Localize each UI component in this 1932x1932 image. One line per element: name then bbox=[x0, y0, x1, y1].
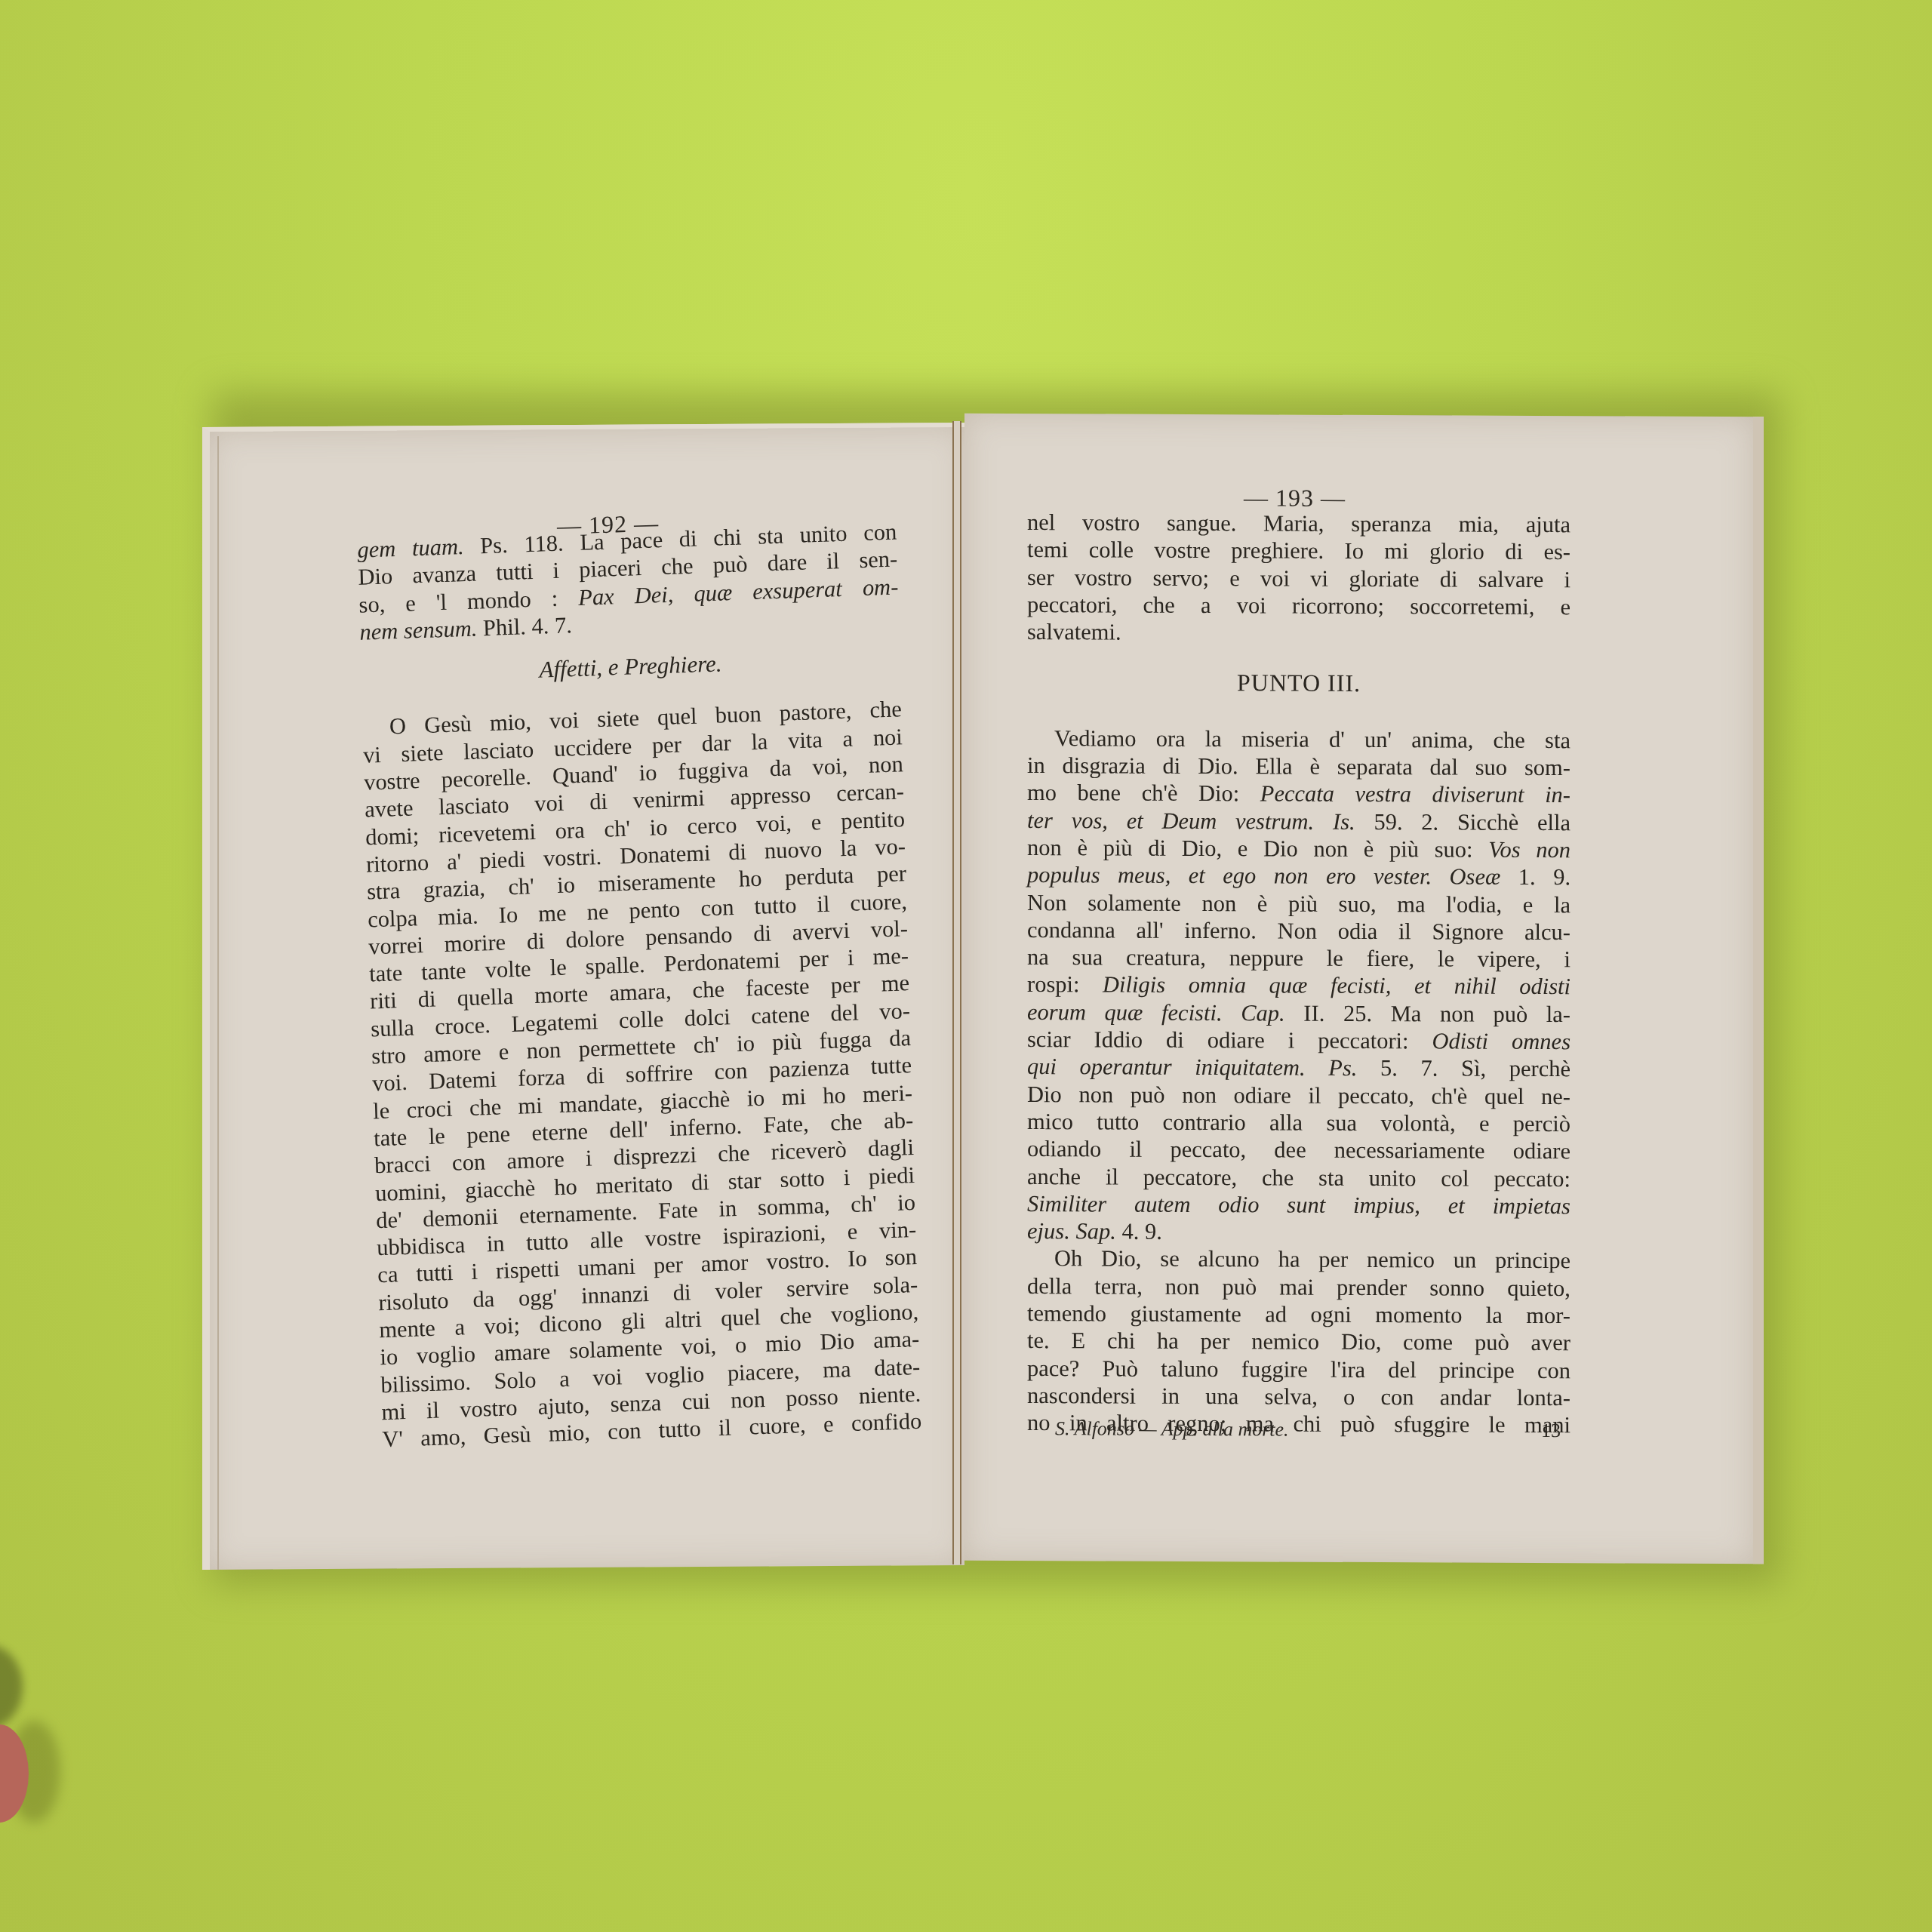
text-line: salvatemi. bbox=[1027, 618, 1571, 648]
text-span: 4. 9. bbox=[1116, 1219, 1162, 1244]
text-span: 1. 9. bbox=[1500, 864, 1571, 890]
text-line: non è più di Dio, e Dio non è più suo: V… bbox=[1027, 834, 1571, 863]
right-page-text: nel vostro sangue. Maria, speranza mia, … bbox=[1027, 509, 1571, 1439]
text-line: pace? Può taluno fuggire l'ira del princ… bbox=[1027, 1355, 1571, 1384]
text-span: II. 25. Ma non può la- bbox=[1285, 1000, 1571, 1027]
text-line: nascondersi in una selva, o con andar lo… bbox=[1027, 1382, 1571, 1411]
latin-quote: Diligis omnia quæ fecisti, et nihil odis… bbox=[1103, 972, 1571, 1000]
latin-quote: Similiter autem odio sunt impius, et imp… bbox=[1027, 1190, 1571, 1220]
latin-quote: ejus. Sap. bbox=[1027, 1218, 1116, 1244]
text-line: ejus. Sap. 4. 9. bbox=[1027, 1217, 1571, 1247]
text-span: Phil. 4. 7. bbox=[477, 612, 572, 641]
section-heading: Affetti, e Preghiere. bbox=[361, 645, 901, 691]
text-span: mo bene ch'è Dio: bbox=[1027, 780, 1260, 806]
text-line: mo bene ch'è Dio: Peccata vestra diviser… bbox=[1027, 779, 1571, 808]
text-line: peccatori, che a voi ricorrono; soccorre… bbox=[1027, 591, 1571, 620]
text-line: temi colle vostre preghiere. Io mi glori… bbox=[1027, 536, 1571, 565]
text-span: rospi: bbox=[1027, 972, 1103, 998]
text-line: na sua creatura, neppure le fiere, le vi… bbox=[1027, 943, 1571, 973]
text-line: Non solamente non è più suo, ma l'odia, … bbox=[1027, 889, 1571, 918]
text-line: in disgrazia di Dio. Ella è separata dal… bbox=[1027, 752, 1571, 781]
latin-quote: qui operantur iniquitatem. Ps. bbox=[1027, 1054, 1357, 1081]
right-page: — 193 — nel vostro sangue. Maria, speran… bbox=[964, 414, 1764, 1564]
latin-quote: Peccata vestra diviserunt in- bbox=[1260, 781, 1571, 808]
text-span: 5. 7. Sì, perchè bbox=[1357, 1055, 1571, 1081]
text-span: non è più di Dio, e Dio non è più suo: bbox=[1027, 835, 1488, 863]
latin-quote: populus meus, et ego non ero vester. Ose… bbox=[1027, 862, 1500, 890]
text-line: ser vostro servo; e voi vi gloriate di s… bbox=[1027, 564, 1571, 593]
text-line: te. E chi ha per nemico Dio, come può av… bbox=[1027, 1327, 1571, 1356]
page-number: — 193 — bbox=[1244, 484, 1346, 512]
text-line: anche il peccatore, che sta unito col pe… bbox=[1027, 1163, 1571, 1192]
text-line: eorum quæ fecisti. Cap. II. 25. Ma non p… bbox=[1027, 998, 1571, 1028]
latin-quote: nem sensum. bbox=[359, 615, 478, 645]
text-line: Dio non può non odiare il peccato, ch'è … bbox=[1027, 1081, 1571, 1110]
text-line: della terra, non può mai prender sonno q… bbox=[1027, 1272, 1571, 1302]
text-line: condanna all' inferno. Non odia il Signo… bbox=[1027, 916, 1571, 946]
latin-quote: Odisti omnes bbox=[1432, 1028, 1571, 1054]
section-heading: PUNTO III. bbox=[1027, 669, 1571, 698]
latin-quote: ter vos, et Deum vestrum. Is. bbox=[1027, 808, 1355, 835]
fingertip-shadow bbox=[0, 1645, 23, 1728]
text-line: qui operantur iniquitatem. Ps. 5. 7. Sì,… bbox=[1027, 1053, 1571, 1082]
book-gutter bbox=[952, 421, 961, 1564]
text-line: ter vos, et Deum vestrum. Is. 59. 2. Sic… bbox=[1027, 807, 1571, 836]
signature-mark: S. Alfonso — App. alla morte. bbox=[1055, 1417, 1289, 1441]
latin-quote: gem tuam. bbox=[357, 534, 464, 563]
text-line: temendo giustamente ad ogni momento la m… bbox=[1027, 1300, 1571, 1329]
sheet-number: 13 bbox=[1541, 1420, 1561, 1442]
left-page-text: gem tuam. Ps. 118. La pace di chi sta un… bbox=[357, 518, 922, 1454]
text-span: 59. 2. Sicchè ella bbox=[1355, 809, 1571, 835]
text-line: odiando il peccato, dee necessariamente … bbox=[1027, 1135, 1571, 1164]
text-span: sciar Iddio di odiare i peccatori: bbox=[1027, 1026, 1432, 1054]
text-line: populus meus, et ego non ero vester. Ose… bbox=[1027, 861, 1571, 891]
text-line: rospi: Diligis omnia quæ fecisti, et nih… bbox=[1027, 971, 1571, 1001]
left-page: — 192 — gem tuam. Ps. 118. La pace di ch… bbox=[202, 423, 964, 1570]
text-line: Vediamo ora la miseria d' un' anima, che… bbox=[1027, 724, 1571, 754]
text-line: nel vostro sangue. Maria, speranza mia, … bbox=[1027, 509, 1571, 538]
latin-quote: eorum quæ fecisti. Cap. bbox=[1027, 999, 1285, 1026]
text-line: mico tutto contrario alla sua volontà, e… bbox=[1027, 1108, 1571, 1137]
text-line: Oh Dio, se alcuno ha per nemico un princ… bbox=[1027, 1244, 1571, 1274]
text-line: sciar Iddio di odiare i peccatori: Odist… bbox=[1027, 1026, 1571, 1055]
latin-quote: Vos non bbox=[1488, 837, 1571, 863]
